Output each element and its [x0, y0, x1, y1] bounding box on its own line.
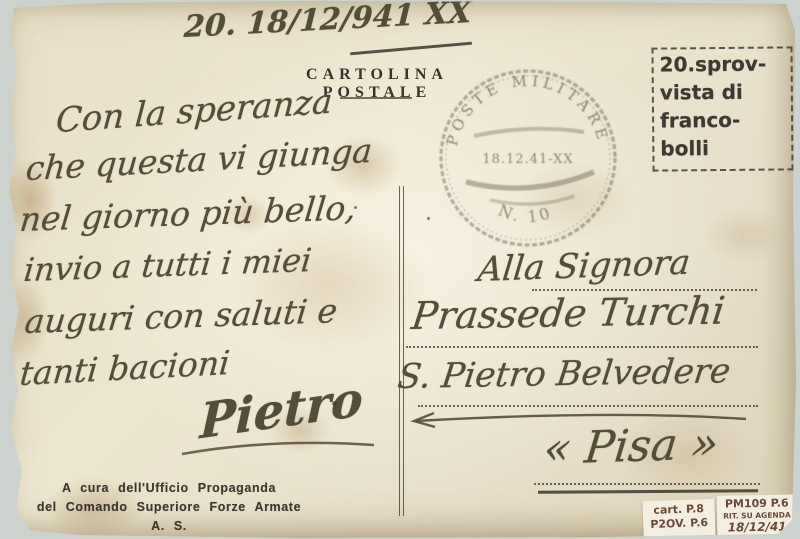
note-line: 20.sprov- [659, 49, 790, 78]
date-underline [350, 42, 472, 55]
ink-speck [354, 206, 357, 209]
postmark-stamp: POSTE MILITARE N. 10 18.12.41-XX [430, 60, 626, 256]
postmark-smudge [474, 129, 584, 136]
label-line: 18/12/41 [717, 519, 797, 535]
title-rule [340, 97, 412, 99]
postcard-paper: 20. 18/12/941 XX CARTOLINA POSTALE POSTE… [0, 0, 800, 539]
svg-text:POSTE MILITARE: POSTE MILITARE [443, 71, 613, 147]
message-line: invio a tutti i miei [22, 244, 313, 286]
divider-line [399, 186, 404, 516]
postmark-smudge [490, 196, 574, 204]
note-line: franco- [660, 105, 791, 134]
postmark-date: 18.12.41-XX [482, 152, 573, 167]
message-line: Con la speranza [55, 85, 334, 139]
label-line: P2OV. P.6 [643, 515, 715, 531]
propaganda-imprint: A cura dell'Ufficio Propaganda del Coman… [26, 479, 312, 536]
ink-speck [427, 217, 430, 220]
archival-label-pm109: PM109 P.6 RIT. SU AGENDA 18/12/41 [717, 494, 798, 539]
pisa-underline [538, 489, 758, 493]
address-line: Prassede Turchi [410, 291, 727, 335]
address-rule [418, 405, 758, 407]
note-line: bolli [660, 133, 791, 162]
label-line: PM109 P.6 [717, 496, 797, 511]
imprint-line: del Comando Superiore Forze Armate A. S. [26, 498, 312, 536]
ink-speck [332, 401, 337, 406]
postmark-top-text: POSTE MILITARE [443, 71, 613, 147]
address-line: S. Pietro Belvedere [396, 354, 732, 394]
message-line: tanti bacioni [19, 346, 232, 390]
address-rule [534, 483, 760, 485]
address-rule [406, 346, 758, 348]
signature-flourish [178, 436, 378, 462]
message-line: che questa vi giunga [25, 134, 374, 185]
postcard-scan: 20. 18/12/941 XX CARTOLINA POSTALE POSTE… [0, 0, 800, 539]
postmark-smudge [466, 172, 594, 188]
archival-label-cart: cart. P.8 P2OV. P.6 [642, 499, 715, 538]
date-annotation: 20. 18/12/941 XX [183, 0, 472, 43]
message-line: nel giorno più bello, [18, 191, 358, 236]
message-line: auguri con saluti e [23, 294, 339, 338]
note-line: vista di [660, 77, 791, 106]
no-stamp-note: 20.sprov- vista di franco- bolli [651, 46, 793, 171]
imprint-line: A cura dell'Ufficio Propaganda [26, 479, 312, 498]
address-line: Alla Signora [476, 246, 692, 288]
address-line: « Pisa » [542, 422, 721, 472]
